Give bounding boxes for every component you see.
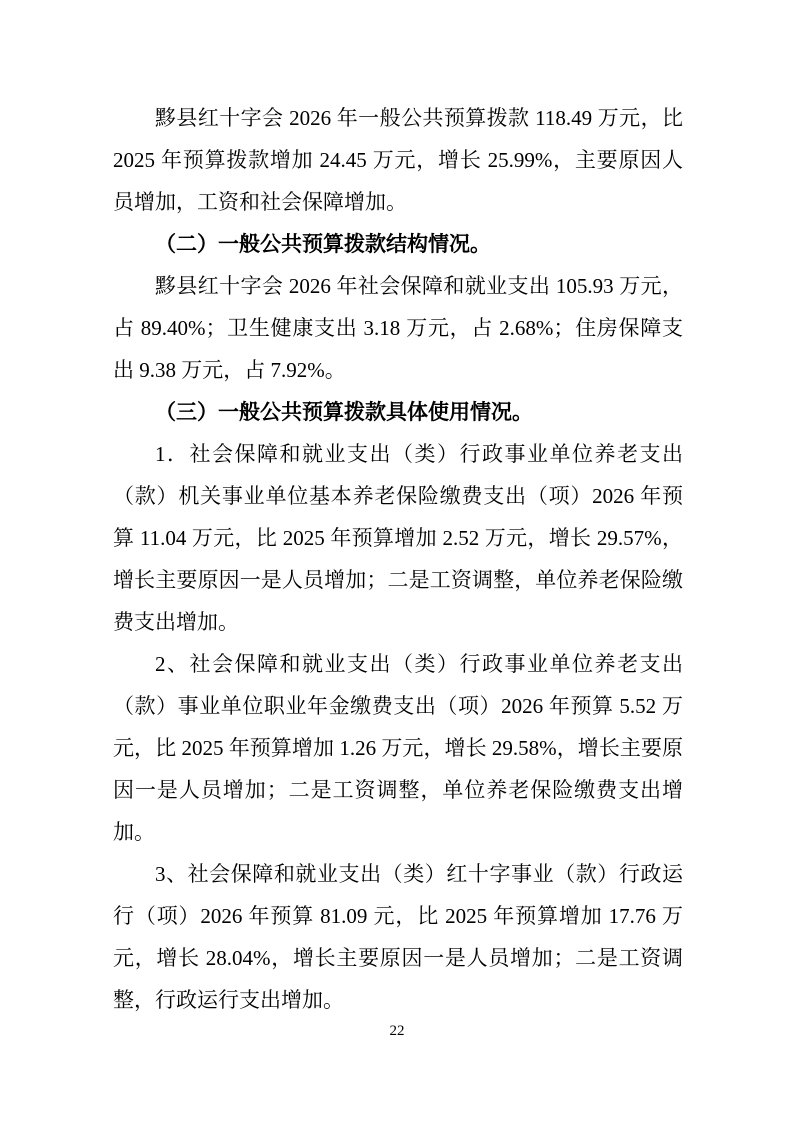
section-heading-usage: （三）一般公共预算拨款具体使用情况。 bbox=[113, 391, 683, 433]
paragraph-item-2-annuity: 2、社会保障和就业支出（类）行政事业单位养老支出（款）事业单位职业年金缴费支出（… bbox=[113, 643, 683, 853]
page-number: 22 bbox=[0, 1021, 794, 1041]
section-heading-structure: （二）一般公共预算拨款结构情况。 bbox=[113, 223, 683, 265]
document-body: 黟县红十字会 2026 年一般公共预算拨款 118.49 万元，比 2025 年… bbox=[113, 97, 683, 1021]
document-page: 黟县红十字会 2026 年一般公共预算拨款 118.49 万元，比 2025 年… bbox=[0, 0, 794, 1122]
paragraph-item-1-pension: 1．社会保障和就业支出（类）行政事业单位养老支出（款）机关事业单位基本养老保险缴… bbox=[113, 433, 683, 643]
paragraph-structure-detail: 黟县红十字会 2026 年社会保障和就业支出 105.93 万元，占 89.40… bbox=[113, 265, 683, 391]
paragraph-budget-overview: 黟县红十字会 2026 年一般公共预算拨款 118.49 万元，比 2025 年… bbox=[113, 97, 683, 223]
paragraph-item-3-admin: 3、社会保障和就业支出（类）红十字事业（款）行政运行（项）2026 年预算 81… bbox=[113, 853, 683, 1021]
